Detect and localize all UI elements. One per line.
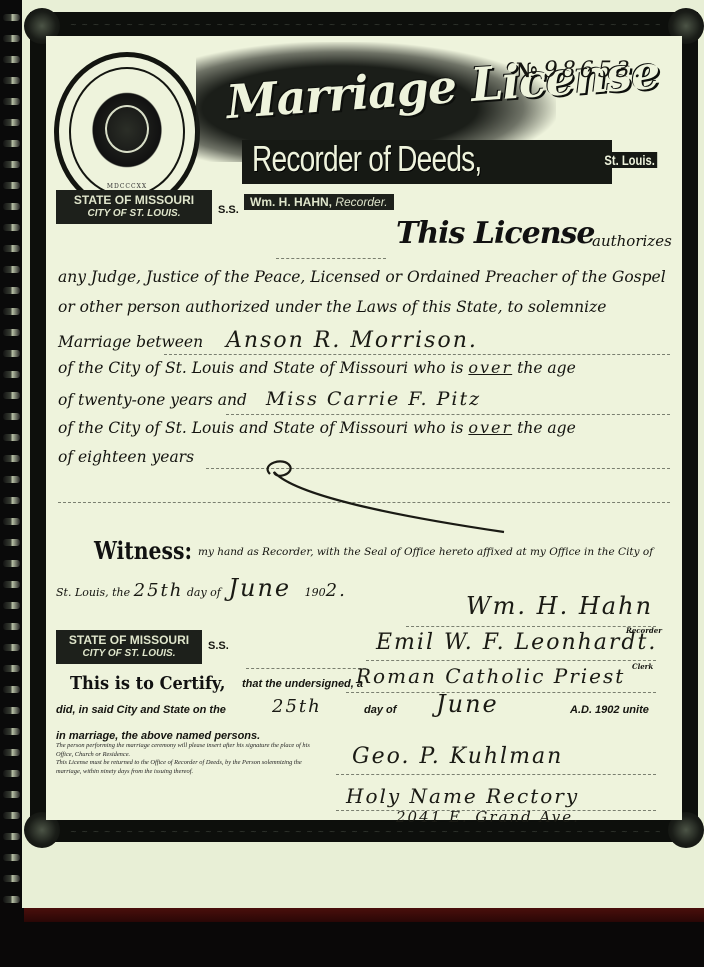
recorder-name-value: Wm. H. HAHN, [250, 195, 332, 209]
spiral-coil-icon [3, 812, 20, 819]
spiral-coil-icon [3, 119, 20, 126]
spiral-binding [0, 0, 24, 900]
officiant-title-line [346, 692, 656, 693]
witness-month[interactable]: June [228, 574, 291, 602]
authorization-line-1: any Judge, Justice of the Peace, License… [58, 268, 670, 286]
spiral-coil-icon [3, 413, 20, 420]
state-line-1: STATE OF MISSOURI [56, 193, 212, 207]
rule-line [276, 258, 386, 259]
witness-date-line: St. Louis, the 25th day of June 1902. [56, 574, 347, 602]
ss-mark: S.S. [208, 640, 229, 652]
bride-name-line [226, 414, 670, 415]
spiral-coil-icon [3, 707, 20, 714]
page-edge [24, 908, 704, 922]
witness-day[interactable]: 25th [134, 580, 184, 601]
spiral-coil-icon [3, 371, 20, 378]
certify-text-4: A.D. 1902 unite [570, 704, 649, 716]
spiral-coil-icon [3, 455, 20, 462]
spiral-coil-icon [3, 140, 20, 147]
spiral-coil-icon [3, 854, 20, 861]
spiral-coil-icon [3, 224, 20, 231]
spiral-coil-icon [3, 560, 20, 567]
office-city: St. Louis. [602, 152, 657, 168]
spiral-coil-icon [3, 392, 20, 399]
ss-mark: S.S. [218, 204, 239, 216]
spiral-coil-icon [3, 770, 20, 777]
officiant-signature-line [336, 774, 656, 775]
license-number-value: 98653. [544, 58, 645, 83]
marriage-between-label: Marriage between [58, 333, 203, 351]
spiral-coil-icon [3, 497, 20, 504]
certificate-paper: MDCCCXX Marriage License №98653. Recorde… [46, 36, 682, 820]
spiral-coil-icon [3, 581, 20, 588]
spiral-coil-icon [3, 161, 20, 168]
officiant-title[interactable]: Roman Catholic Priest [356, 664, 625, 688]
seal-shield-icon [105, 105, 149, 153]
recorder-name: Wm. H. HAHN, Recorder. [244, 194, 394, 210]
bride-residence-line: of the City of St. Louis and State of Mi… [58, 418, 670, 437]
spiral-coil-icon [3, 98, 20, 105]
groom-age-line: of twenty-one years and Miss Carrie F. P… [58, 388, 670, 410]
rule-line [246, 668, 366, 669]
spiral-coil-icon [3, 56, 20, 63]
recorder-title: Recorder. [335, 195, 387, 209]
bride-age-suffix: the age [517, 419, 576, 437]
groom-name-line [164, 354, 670, 355]
officiant-signature[interactable]: Geo. P. Kuhlman [352, 744, 563, 769]
recorder-signature[interactable]: Wm. H. Hahn [466, 592, 653, 620]
spiral-coil-icon [3, 896, 20, 903]
state-box-certification: STATE OF MISSOURI CITY OF ST. LOUIS. [56, 630, 202, 664]
witness-year-digit[interactable]: 2. [326, 580, 347, 601]
bride-residence: of the City of St. Louis and State of Mi… [58, 419, 463, 437]
spiral-coil-icon [3, 329, 20, 336]
spiral-coil-icon [3, 350, 20, 357]
license-number-label: № [516, 58, 538, 82]
seal-year: MDCCCXX [59, 183, 195, 190]
authorizes-text: authorizes [592, 232, 672, 250]
witness-place: St. Louis, the [56, 586, 130, 599]
certify-month[interactable]: June [436, 690, 499, 718]
spiral-coil-icon [3, 749, 20, 756]
state-line-2: CITY OF ST. LOUIS. [56, 207, 212, 221]
clerk-signature-line [366, 660, 656, 661]
pen-flourish-icon [256, 456, 516, 536]
spiral-coil-icon [3, 77, 20, 84]
spiral-coil-icon [3, 728, 20, 735]
certify-heading: This is to Certify, [70, 673, 225, 694]
spiral-coil-icon [3, 644, 20, 651]
spiral-coil-icon [3, 287, 20, 294]
state-line-1: STATE OF MISSOURI [56, 633, 202, 647]
witness-heading: Witness: [94, 536, 192, 565]
spiral-coil-icon [3, 539, 20, 546]
license-number: №98653. [516, 58, 645, 83]
marriage-license-certificate: ~ ~ ~ ~ ~ ~ ~ ~ ~ ~ ~ ~ ~ ~ ~ ~ ~ ~ ~ ~ … [30, 12, 698, 842]
state-line-2: CITY OF ST. LOUIS. [56, 647, 202, 661]
marriage-between-line: Marriage between Anson R. Morrison. [58, 328, 670, 353]
witness-day-suffix: day of [187, 586, 221, 599]
groom-age-suffix: the age [517, 359, 576, 377]
spiral-coil-icon [3, 833, 20, 840]
authorization-line-2: or other person authorized under the Law… [58, 298, 670, 316]
groom-residence: of the City of St. Louis and State of Mi… [58, 359, 463, 377]
state-box-header: STATE OF MISSOURI CITY OF ST. LOUIS. [56, 190, 212, 224]
groom-residence-line: of the City of St. Louis and State of Mi… [58, 358, 670, 377]
city-seal: MDCCCXX [54, 52, 200, 212]
certify-day[interactable]: 25th [272, 696, 322, 717]
recorder-signature-line [406, 626, 656, 627]
spiral-coil-icon [3, 434, 20, 441]
spiral-coil-icon [3, 308, 20, 315]
this-license-heading: This License [396, 216, 595, 251]
certify-text-5: in marriage, the above named persons. [56, 730, 260, 742]
spiral-coil-icon [3, 623, 20, 630]
spiral-coil-icon [3, 602, 20, 609]
bride-age-qualifier[interactable]: over [468, 418, 512, 437]
spiral-coil-icon [3, 518, 20, 525]
witness-year-prefix: 190 [305, 586, 326, 599]
fine-print: The person performing the marriage cerem… [56, 742, 328, 776]
certify-text-1: that the undersigned, a [242, 678, 363, 690]
spiral-coil-icon [3, 875, 20, 882]
witness-text: my hand as Recorder, with the Seal of Of… [198, 546, 653, 558]
border-ornament-top: ~ ~ ~ ~ ~ ~ ~ ~ ~ ~ ~ ~ ~ ~ ~ ~ ~ ~ ~ ~ … [70, 20, 660, 29]
spiral-coil-icon [3, 266, 20, 273]
certify-text-3: day of [364, 704, 396, 716]
spiral-coil-icon [3, 791, 20, 798]
spiral-coil-icon [3, 686, 20, 693]
office-name: Recorder of Deeds, [252, 138, 481, 180]
clerk-label: Clerk [632, 662, 653, 671]
certify-text-2: did, in said City and State on the [56, 704, 226, 716]
fine-print-1: The person performing the marriage cerem… [56, 742, 328, 759]
border-ornament-bottom: ~ ~ ~ ~ ~ ~ ~ ~ ~ ~ ~ ~ ~ ~ ~ ~ ~ ~ ~ ~ … [70, 827, 660, 836]
spiral-coil-icon [3, 476, 20, 483]
officiant-place[interactable]: Holy Name Rectory [346, 784, 579, 808]
clerk-signature[interactable]: Emil W. F. Leonhardt. [376, 630, 657, 655]
spiral-coil-icon [3, 665, 20, 672]
spiral-coil-icon [3, 245, 20, 252]
groom-name[interactable]: Anson R. Morrison. [226, 328, 478, 353]
spiral-coil-icon [3, 203, 20, 210]
bride-name[interactable]: Miss Carrie F. Pitz [266, 388, 481, 410]
spiral-coil-icon [3, 182, 20, 189]
officiant-address[interactable]: 2041 E. Grand Ave. [396, 808, 580, 826]
groom-age-qualifier[interactable]: over [468, 358, 512, 377]
spiral-coil-icon [3, 35, 20, 42]
groom-age-text: of twenty-one years and [58, 391, 247, 409]
spiral-coil-icon [3, 14, 20, 21]
fine-print-2: This License must be returned to the Off… [56, 759, 328, 776]
